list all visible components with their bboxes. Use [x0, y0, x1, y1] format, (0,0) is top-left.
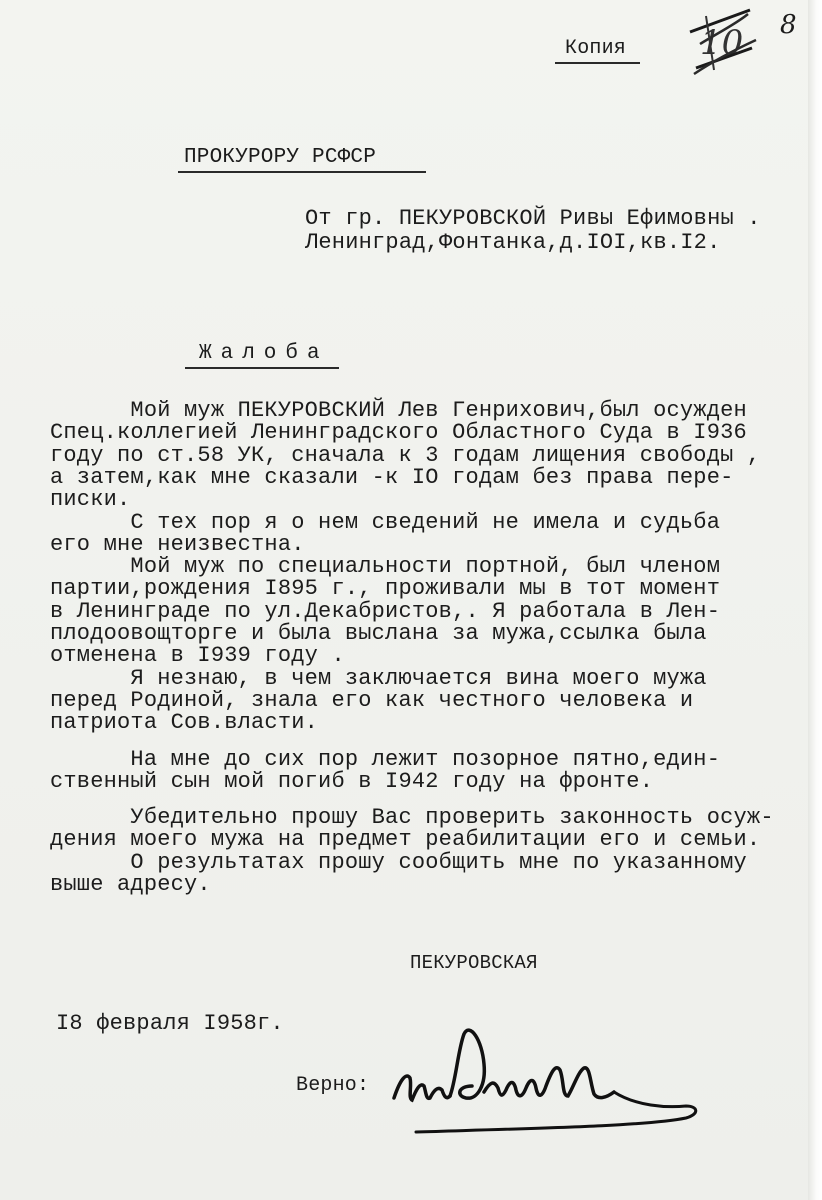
document-title: Жалоба: [185, 343, 339, 369]
body-line: в Ленинграде по ул.Декабристов,. Я работ…: [50, 601, 720, 623]
body-line: Мой муж по специальности портной, был чл…: [50, 556, 720, 578]
sender-name: От гр. ПЕКУРОВСКОЙ Ривы Ефимовны .: [305, 208, 761, 230]
body-line: Убедительно прошу Вас проверить законнос…: [50, 807, 774, 829]
certified-label: Верно:: [296, 1075, 369, 1097]
body-line: ственный сын мой погиб в I942 году на фр…: [50, 771, 653, 793]
body-line: Я незнаю, в чем заключается вина моего м…: [50, 668, 707, 690]
body-line: Спец.коллегией Ленинградского Областного…: [50, 422, 747, 444]
body-line: дения моего мужа на предмет реабилитации…: [50, 829, 760, 851]
body-line: его мне неизвестна.: [50, 534, 305, 556]
body-line: а затем,как мне сказали -к IO годам без …: [50, 467, 734, 489]
body-line: С тех пор я о нем сведений не имела и су…: [50, 512, 720, 534]
signer-name: ПЕКУРОВСКАЯ: [410, 952, 538, 974]
body-line: году по ст.58 УК, сначала к 3 годам лище…: [50, 445, 760, 467]
copy-label: Копия: [555, 38, 640, 64]
body-line: плодоовощторге и была выслана за мужа,сс…: [50, 623, 707, 645]
handwritten-signature-icon: [386, 1020, 706, 1140]
document-date: I8 февраля I958г.: [56, 1013, 284, 1035]
body-line: писки.: [50, 489, 130, 511]
body-line: выше адресу.: [50, 874, 211, 896]
body-line: партии,рождения I895 г., проживали мы в …: [50, 578, 720, 600]
body-line: О результатах прошу сообщить мне по указ…: [50, 852, 747, 874]
body-line: отменена в I939 году .: [50, 645, 345, 667]
sender-address: Ленинград,Фонтанка,д.IOI,кв.I2.: [305, 232, 720, 254]
addressee: ПРОКУРОРУ РСФСР: [178, 147, 426, 173]
body-line: патриота Сов.власти.: [50, 712, 318, 734]
body-line: перед Родиной, знала его как честного че…: [50, 690, 693, 712]
crossed-out-number-icon: 10: [686, 4, 760, 76]
body-line: Мой муж ПЕКУРОВСКИЙ Лев Генрихович,был о…: [50, 400, 747, 422]
page-number: 8: [780, 10, 797, 40]
page-edge: [808, 0, 822, 1200]
body-line: На мне до сих пор лежит позорное пятно,е…: [50, 749, 720, 771]
